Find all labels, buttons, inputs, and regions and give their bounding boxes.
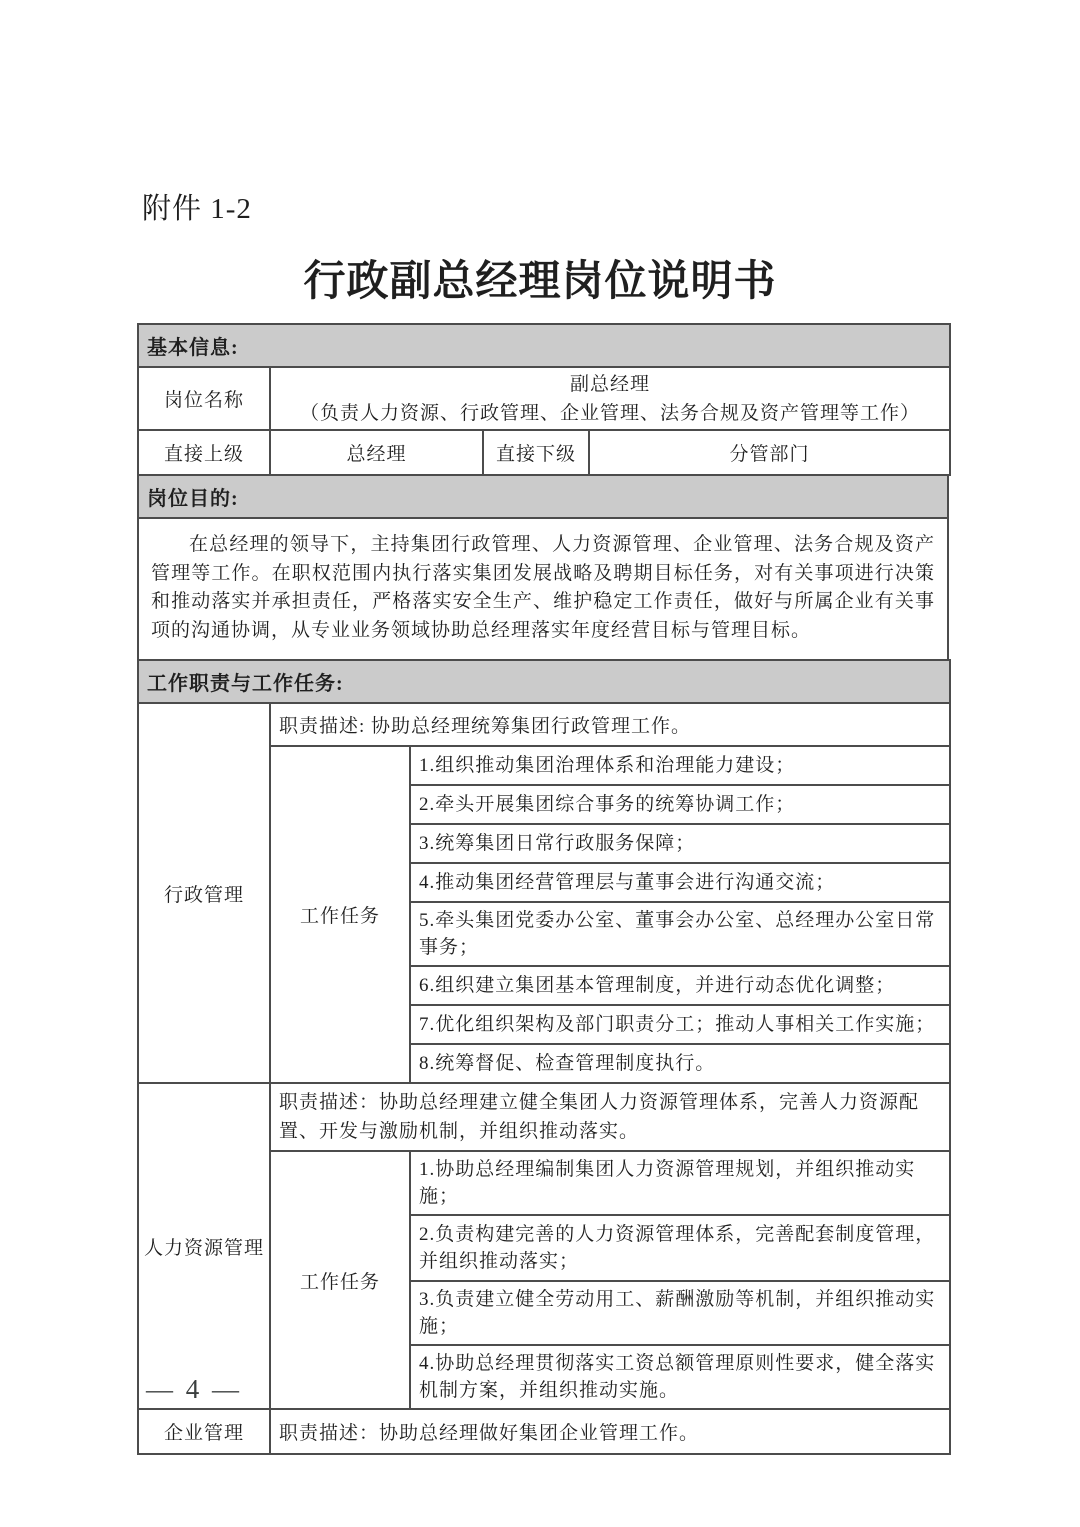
task-cell: 8.统筹督促、检查管理制度执行。 [410,1044,950,1083]
job-description-table: 基本信息: 岗位名称 副总经理 （负责人力资源、行政管理、企业管理、法务合规及资… [137,323,949,1455]
duties-table: 工作职责与工作任务: 行政管理 职责描述: 协助总经理统筹集团行政管理工作。 工… [137,659,951,1455]
position-purpose-header: 岗位目的: [138,475,948,518]
duties-header: 工作职责与工作任务: [138,660,950,703]
duty-description-cell: 职责描述：协助总经理做好集团企业管理工作。 [270,1409,950,1454]
subordinate-value: 分管部门 [589,430,950,475]
task-cell: 3.负责建立健全劳动用工、薪酬激励等机制，并组织推动实施； [410,1281,950,1345]
position-purpose-paragraph: 在总经理的领导下，主持集团行政管理、人力资源管理、企业管理、法务合规及资产管理等… [151,531,935,645]
document-title: 行政副总经理岗位说明书 [0,248,1080,308]
task-cell: 1.组织推动集团治理体系和治理能力建设； [410,746,950,785]
position-name-value: 副总经理 （负责人力资源、行政管理、企业管理、法务合规及资产管理等工作） [270,367,950,430]
task-label-cell: 工作任务 [270,1151,410,1409]
task-cell: 1.协助总经理编制集团人力资源管理规划，并组织推动实施； [410,1151,950,1215]
position-purpose-content: 在总经理的领导下，主持集团行政管理、人力资源管理、企业管理、法务合规及资产管理等… [138,518,948,660]
task-cell: 4.协助总经理贯彻落实工资总额管理原则性要求，健全落实机制方案，并组织推动实施。 [410,1345,950,1409]
page-number: — 4 — [146,1374,242,1405]
duty-description-cell: 职责描述：协助总经理建立健全集团人力资源管理体系，完善人力资源配置、开发与激励机… [270,1083,950,1151]
duty-description-cell: 职责描述: 协助总经理统筹集团行政管理工作。 [270,703,950,746]
task-cell: 2.牵头开展集团综合事务的统筹协调工作； [410,785,950,824]
position-name-line1: 副总经理 [271,370,949,399]
basic-info-table: 基本信息: 岗位名称 副总经理 （负责人力资源、行政管理、企业管理、法务合规及资… [137,323,951,476]
task-cell: 2.负责构建完善的人力资源管理体系，完善配套制度管理，并组织推动落实； [410,1215,950,1281]
position-name-label: 岗位名称 [138,367,270,430]
task-cell: 4.推动集团经营管理层与董事会进行沟通交流； [410,863,950,902]
category-cell: 企业管理 [138,1409,270,1454]
category-cell: 行政管理 [138,703,270,1083]
attachment-label: 附件 1-2 [142,186,252,227]
position-name-line2: （负责人力资源、行政管理、企业管理、法务合规及资产管理等工作） [271,399,949,428]
position-purpose-table: 岗位目的: 在总经理的领导下，主持集团行政管理、人力资源管理、企业管理、法务合规… [137,474,949,661]
category-cell: 人力资源管理 [138,1083,270,1409]
subordinate-label: 直接下级 [483,430,589,475]
task-cell: 7.优化组织架构及部门职责分工；推动人事相关工作实施； [410,1005,950,1044]
task-cell: 6.组织建立集团基本管理制度，并进行动态优化调整； [410,966,950,1005]
task-cell: 5.牵头集团党委办公室、董事会办公室、总经理办公室日常事务； [410,902,950,966]
task-cell: 3.统筹集团日常行政服务保障； [410,824,950,863]
supervisor-value: 总经理 [270,430,483,475]
task-label-cell: 工作任务 [270,746,410,1083]
basic-info-header: 基本信息: [138,324,950,367]
supervisor-label: 直接上级 [138,430,270,475]
